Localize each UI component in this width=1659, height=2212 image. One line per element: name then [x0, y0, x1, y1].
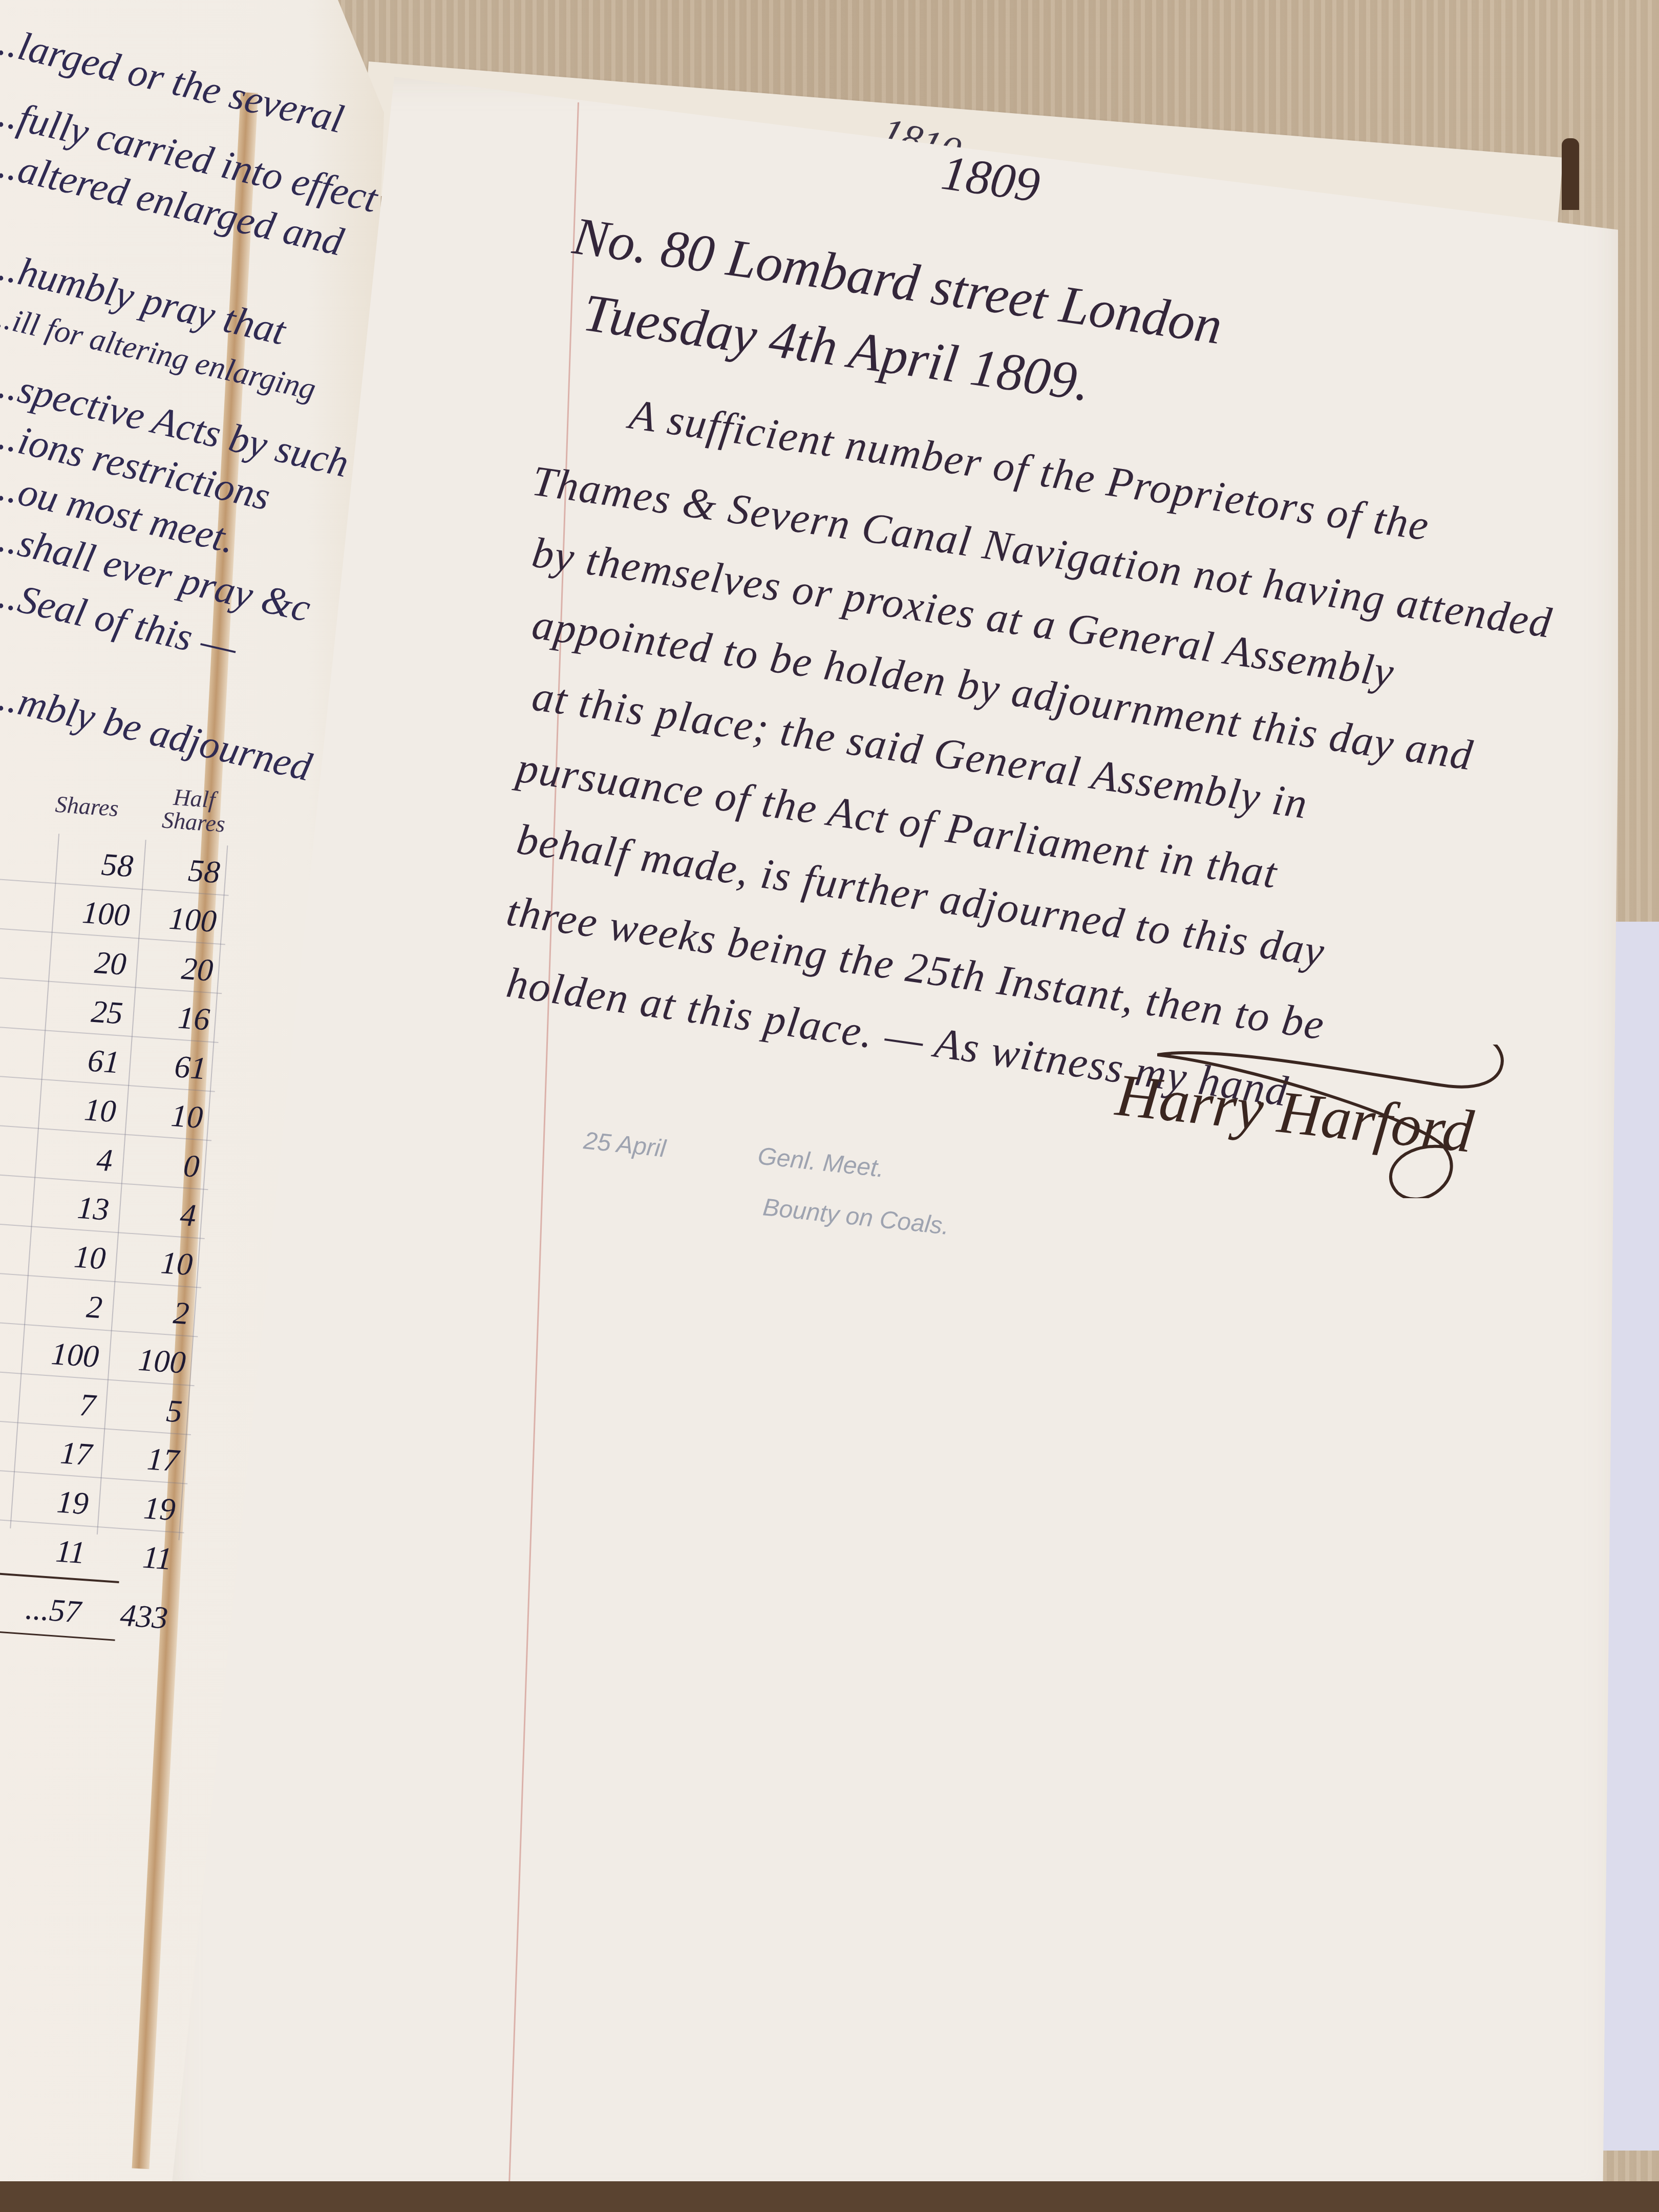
shares-value: 10 [33, 1088, 117, 1130]
half-shares-value: 16 [132, 996, 211, 1038]
shares-value: 25 [40, 990, 124, 1032]
half-shares-value: 58 [142, 849, 221, 891]
totals-row: ...57433 [0, 1575, 180, 1641]
half-shares-value: 100 [139, 899, 218, 940]
shares-value: 17 [9, 1432, 94, 1474]
shares-value: 19 [6, 1480, 90, 1522]
left-page-text: ...larged or the several ...fully carrie… [0, 0, 358, 768]
shares-value: 100 [16, 1333, 100, 1375]
shares-value: 100 [47, 892, 131, 934]
shares-value: 58 [50, 843, 135, 885]
half-shares-value: 2 [111, 1291, 190, 1332]
half-shares-value: 11 [94, 1536, 174, 1578]
column-header-shares: Shares [55, 793, 119, 821]
half-shares-value: 0 [121, 1144, 201, 1185]
half-shares-total: 433 [90, 1595, 169, 1636]
shares-value: 7 [12, 1382, 97, 1424]
half-shares-value: 5 [104, 1389, 184, 1430]
shares-value: 2 [19, 1284, 104, 1326]
half-shares-value: 10 [125, 1095, 204, 1136]
half-shares-value: 100 [108, 1340, 187, 1381]
half-shares-value: 4 [118, 1193, 198, 1234]
shares-value: 4 [30, 1137, 114, 1179]
shares-value: 13 [26, 1186, 111, 1228]
half-shares-value: 19 [97, 1487, 177, 1528]
half-shares-value: 10 [115, 1242, 194, 1283]
shares-value: 10 [23, 1236, 107, 1278]
half-shares-value: 20 [135, 948, 215, 989]
table-edge-shadow [0, 2181, 1659, 2212]
shares-value: 61 [36, 1039, 121, 1081]
year-heading: 1809 [938, 144, 1044, 214]
half-shares-value: 17 [101, 1438, 180, 1479]
shares-total: ...57 [0, 1589, 82, 1631]
shares-value: 11 [2, 1529, 87, 1571]
column-header-half-shares: Half Shares [161, 784, 226, 836]
signature-flourish-icon [1157, 1045, 1516, 1198]
shares-value: 20 [43, 941, 127, 983]
half-shares-value: 61 [129, 1046, 208, 1087]
